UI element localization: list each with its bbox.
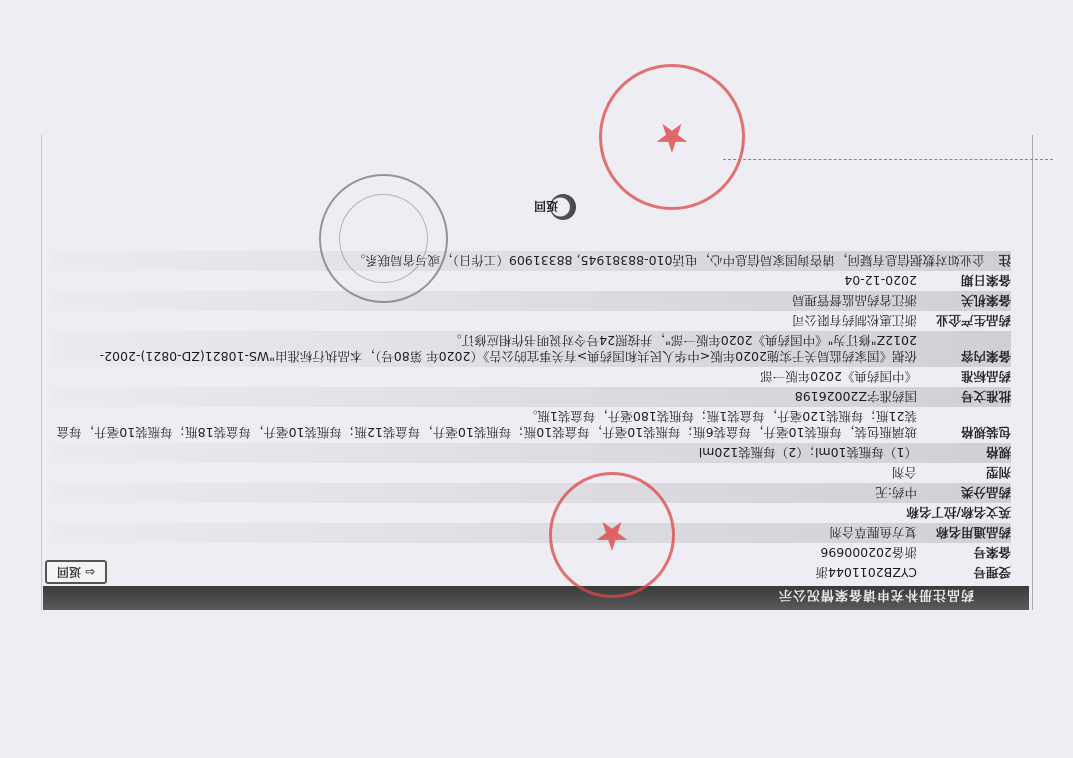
row-english-name: 英文名称/拉丁名称 <box>51 503 1011 523</box>
fold-line <box>723 159 1053 160</box>
row-category: 药品分类中药:无 <box>51 483 1011 503</box>
page-title: 药品注册补充申请备案情况公示 <box>778 587 974 606</box>
red-seal-stamp-2: ★ <box>599 64 745 210</box>
row-receipt-no: 受理号CYZB2011044浙 <box>51 563 1011 583</box>
row-approval-no: 批准文号国药准字Z20026198 <box>51 387 1011 407</box>
row-note: 注企业如对数据信息有疑问，请咨询国家局信息中心，电话010-88381945, … <box>51 251 1011 271</box>
row-manufacturer: 药品生产企业浙江惠松制药有限公司 <box>51 311 1011 331</box>
back-button-bottom[interactable]: 返回 <box>516 192 576 222</box>
star-icon: ★ <box>594 512 630 558</box>
row-authority: 备案机关浙江省药品监督管理局 <box>51 291 1011 311</box>
row-specification: 规格（1）每瓶装10ml；（2）每瓶装120ml <box>51 443 1011 463</box>
gray-seal-stamp <box>319 174 448 303</box>
row-dosage-form: 剂型合剂 <box>51 463 1011 483</box>
red-seal-stamp-1: ★ <box>549 472 675 598</box>
title-bar: 药品注册补充申请备案情况公示 <box>43 586 1029 610</box>
row-standard: 药品标准《中国药典》2020年版一部 <box>51 367 1011 387</box>
row-record-content: 备案内容依据《国家药监局关于实施2020年版<中华人民共和国药典>有关事宜的公告… <box>51 331 1011 367</box>
star-icon: ★ <box>654 114 690 160</box>
info-table: 受理号CYZB2011044浙 备案号浙备202000696 药品通用名称复方鱼… <box>51 251 1011 583</box>
row-packaging: 包装规格玻璃瓶包装，每瓶装10毫升，每盒装6瓶；每瓶装10毫升，每盒装10瓶；每… <box>51 407 1011 443</box>
scanned-page: 药品注册补充申请备案情况公示 ⇦ 返回 受理号CYZB2011044浙 备案号浙… <box>0 0 1073 758</box>
row-generic-name: 药品通用名称复方鱼腥草合剂 <box>51 523 1011 543</box>
row-record-no: 备案号浙备202000696 <box>51 543 1011 563</box>
row-record-date: 备案日期2020-12-04 <box>51 271 1011 291</box>
